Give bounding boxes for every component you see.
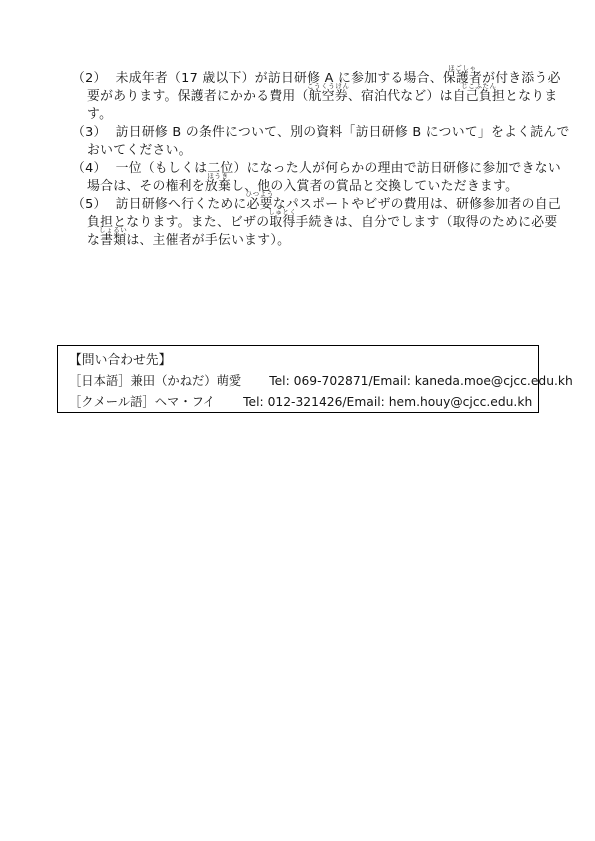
furigana: ひつよう — [246, 191, 274, 198]
text-line: （3）訪日研修 B の条件について、別の資料「訪日研修 B について」をよく読ん… — [72, 124, 547, 142]
document-body: （2）未成年者（17 歳以下）が訪日研修 A に参加する場合、保護者ほごしゃが付… — [72, 70, 547, 250]
contact-line: ［日本語］兼田（かねだ）萌愛Tel: 069-702871/Email: kan… — [69, 371, 532, 392]
text-line: おいてください。 — [72, 142, 547, 160]
contact-box-lines: ［日本語］兼田（かねだ）萌愛Tel: 069-702871/Email: kan… — [69, 371, 532, 412]
contact-person-name: 兼田（かねだ）萌愛 — [131, 374, 242, 388]
item-number: （4） — [72, 161, 107, 176]
contact-line: ［クメール語］ヘマ・フイTel: 012-321426/Email: hem.h… — [69, 392, 532, 413]
document-page: （2）未成年者（17 歳以下）が訪日研修 A に参加する場合、保護者ほごしゃが付… — [0, 0, 595, 841]
text-line: 場合は、その権利を放棄ほうきし、他の入賞者の賞品と交換していただきます。 — [72, 178, 547, 196]
item-number: （3） — [72, 125, 107, 140]
furigana-term: 書類しょるい — [100, 232, 126, 250]
item-number: （5） — [72, 197, 107, 212]
contact-language-label: ［クメール語］ — [69, 395, 155, 409]
furigana-term: 放棄ほうき — [205, 178, 231, 196]
furigana: じこふたん — [461, 83, 497, 90]
furigana: ほごしゃ — [448, 65, 476, 72]
contact-box: 【問い合わせ先】 ［日本語］兼田（かねだ）萌愛Tel: 069-702871/E… — [57, 345, 539, 413]
contact-tel-email: Tel: 069-702871/Email: kaneda.moe@cjcc.e… — [269, 374, 573, 388]
furigana: しゅとく — [268, 209, 296, 216]
contact-person-name: ヘマ・フイ — [155, 395, 215, 409]
text-line: 要があります。保護者にかかる費用（航空券こうくうけん、宿泊代など）は自己負担じこ… — [72, 88, 547, 106]
furigana: こうくうけん — [307, 83, 350, 90]
furigana-term: 取得しゅとく — [269, 214, 295, 232]
contact-tel-email: Tel: 012-321426/Email: hem.houy@cjcc.edu… — [243, 395, 532, 409]
furigana-term: 自己負担じこふたん — [453, 88, 505, 106]
text-line: 負担となります。また、ビザの取得しゅとく手続きは、自分でします（取得のために必要 — [72, 214, 547, 232]
text-line: （5）訪日研修へ行くために必要ひつようなパスポートやビザの費用は、研修参加者の自… — [72, 196, 547, 214]
contact-box-title: 【問い合わせ先】 — [69, 351, 532, 371]
furigana: ほうき — [207, 173, 228, 180]
text-line: す。 — [72, 106, 547, 124]
item-number: （2） — [72, 71, 107, 86]
text-line: な書類しょるいは、主催者が手伝います）。 — [72, 232, 547, 250]
furigana-term: 航空券こうくうけん — [309, 88, 348, 106]
text-line: （4）一位（もしくは二位）になった人が何らかの理由で訪日研修に参加できない — [72, 160, 547, 178]
furigana: しょるい — [99, 227, 127, 234]
contact-language-label: ［日本語］ — [69, 374, 131, 388]
